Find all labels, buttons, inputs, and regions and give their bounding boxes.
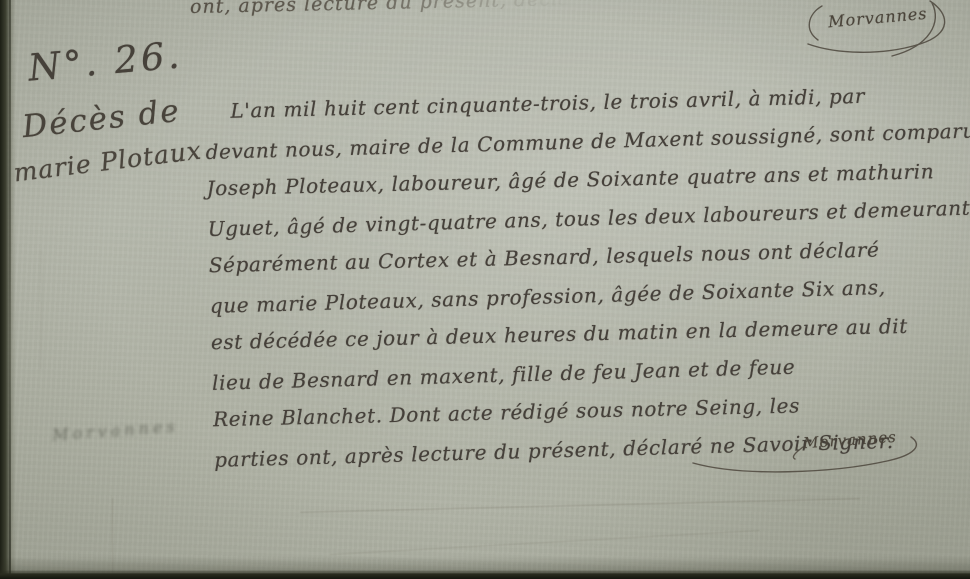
fold-line bbox=[40, 250, 42, 370]
margin-ink-smudge: Morvannes bbox=[51, 417, 179, 445]
page-gutter-shadow bbox=[0, 0, 16, 579]
page-edge-line bbox=[9, 0, 11, 579]
act-body: L'an mil huit cent cinquante-trois, le t… bbox=[204, 73, 966, 479]
scan-bottom-edge bbox=[0, 570, 970, 579]
show-through-line bbox=[330, 530, 759, 555]
act-number: N°. 26. bbox=[26, 33, 183, 89]
register-page: ont, après lecture du présent, décla Mor… bbox=[0, 0, 970, 579]
show-through-line bbox=[300, 498, 860, 513]
margin-title-deces-de: Décès de bbox=[21, 93, 183, 145]
previous-act-fragment: ont, après lecture du présent, décla bbox=[190, 0, 571, 18]
act-signature: Morvannes bbox=[683, 425, 938, 495]
previous-act-signature: Morvannes bbox=[792, 0, 962, 60]
